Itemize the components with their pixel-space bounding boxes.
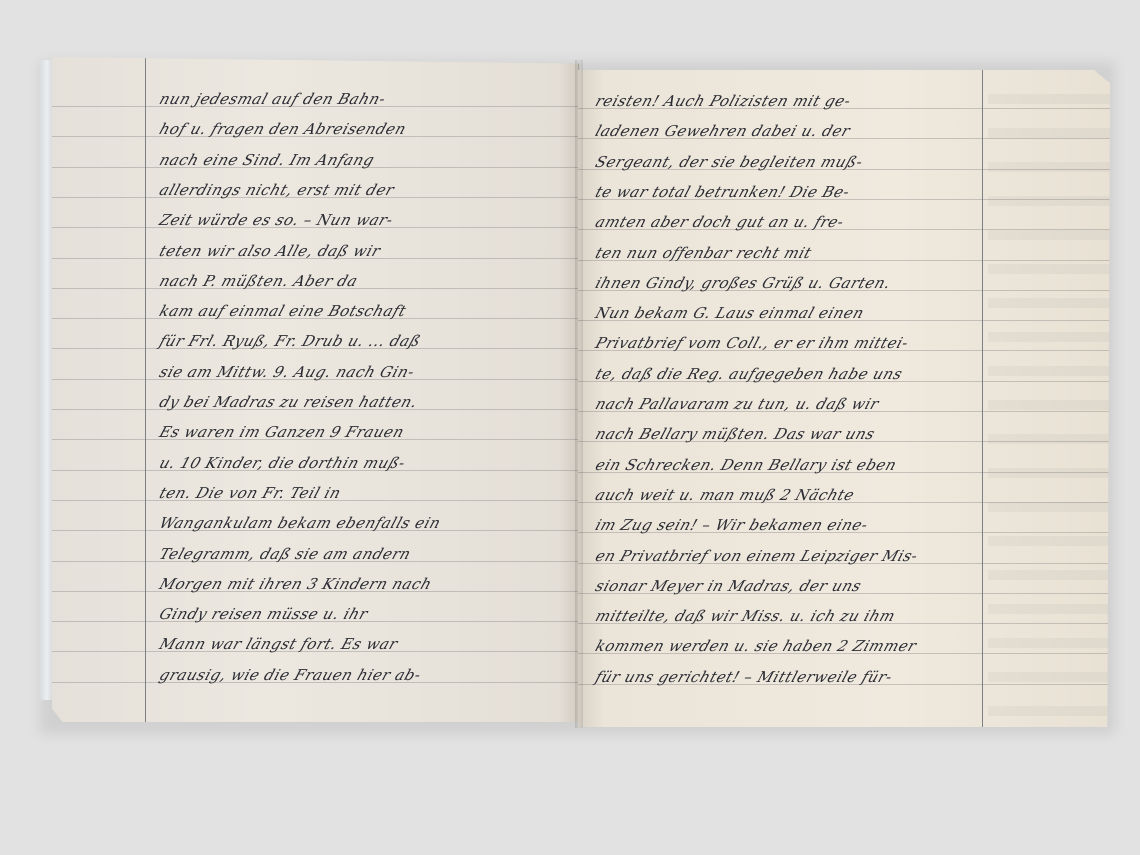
handwritten-line: kommen werden u. sie haben 2 Zimmer	[593, 637, 1099, 655]
handwritten-line: nach Bellary müßten. Das war uns	[593, 425, 1099, 443]
handwritten-line: ihnen Gindy, großes Grüß u. Garten.	[593, 274, 1099, 292]
handwritten-line: hof u. fragen den Abreisenden	[157, 120, 580, 138]
handwritten-line: ladenen Gewehren dabei u. der	[593, 122, 1099, 140]
handwritten-line: dy bei Madras zu reisen hatten.	[157, 393, 580, 411]
handwritten-line: teten wir also Alle, daß wir	[157, 242, 580, 260]
notebook-spine	[40, 60, 54, 700]
left-margin-line	[145, 57, 146, 722]
handwritten-line: nach eine Sind. Im Anfang	[157, 151, 580, 169]
handwritten-line: für Frl. Ryuß, Fr. Drub u. ... daß	[157, 332, 580, 350]
handwritten-line: Privatbrief vom Coll., er er ihm mittei-	[593, 334, 1099, 352]
handwritten-line: ein Schrecken. Denn Bellary ist eben	[593, 456, 1099, 474]
handwritten-line: en Privatbrief von einem Leipziger Mis-	[593, 547, 1099, 565]
right-page: reisten! Auch Polizisten mit ge-ladenen …	[578, 70, 1110, 727]
handwritten-line: te, daß die Reg. aufgegeben habe uns	[593, 365, 1099, 383]
handwritten-line: ten nun offenbar recht mit	[593, 244, 1099, 262]
handwritten-line: Nun bekam G. Laus einmal einen	[593, 304, 1099, 322]
handwritten-line: te war total betrunken! Die Be-	[593, 183, 1099, 201]
handwritten-line: Sergeant, der sie begleiten muß-	[593, 153, 1099, 171]
handwritten-line: ten. Die von Fr. Teil in	[157, 484, 580, 502]
handwritten-line: für uns gerichtet! – Mittlerweile für-	[593, 668, 1099, 686]
handwritten-line: sionar Meyer in Madras, der uns	[593, 577, 1099, 595]
handwritten-line: nun jedesmal auf den Bahn-	[157, 90, 580, 108]
handwritten-line: Telegramm, daß sie am andern	[157, 545, 580, 563]
handwritten-line: Mann war längst fort. Es war	[157, 635, 580, 653]
handwritten-line: u. 10 Kinder, die dorthin muß-	[157, 454, 580, 472]
handwritten-line: Zeit würde es so. – Nun war-	[157, 211, 580, 229]
handwritten-line: nach P. müßten. Aber da	[157, 272, 580, 290]
left-page: nun jedesmal auf den Bahn-hof u. fragen …	[52, 57, 580, 722]
handwritten-line: mitteilte, daß wir Miss. u. ich zu ihm	[593, 607, 1099, 625]
handwritten-line: Wangankulam bekam ebenfalls ein	[157, 514, 580, 532]
handwritten-line: sie am Mittw. 9. Aug. nach Gin-	[157, 363, 580, 381]
handwritten-line: kam auf einmal eine Botschaft	[157, 302, 580, 320]
handwritten-line: grausig, wie die Frauen hier ab-	[157, 666, 580, 684]
handwritten-line: allerdings nicht, erst mit der	[157, 181, 580, 199]
handwritten-line: Es waren im Ganzen 9 Frauen	[157, 423, 580, 441]
handwritten-line: nach Pallavaram zu tun, u. daß wir	[593, 395, 1099, 413]
handwritten-line: im Zug sein! – Wir bekamen eine-	[593, 516, 1099, 534]
handwritten-line: Gindy reisen müsse u. ihr	[157, 605, 580, 623]
notebook-gutter	[575, 60, 583, 728]
handwritten-line: auch weit u. man muß 2 Nächte	[593, 486, 1099, 504]
handwritten-line: reisten! Auch Polizisten mit ge-	[593, 92, 1099, 110]
handwritten-line: amten aber doch gut an u. fre-	[593, 213, 1099, 231]
handwritten-line: Morgen mit ihren 3 Kindern nach	[157, 575, 580, 593]
